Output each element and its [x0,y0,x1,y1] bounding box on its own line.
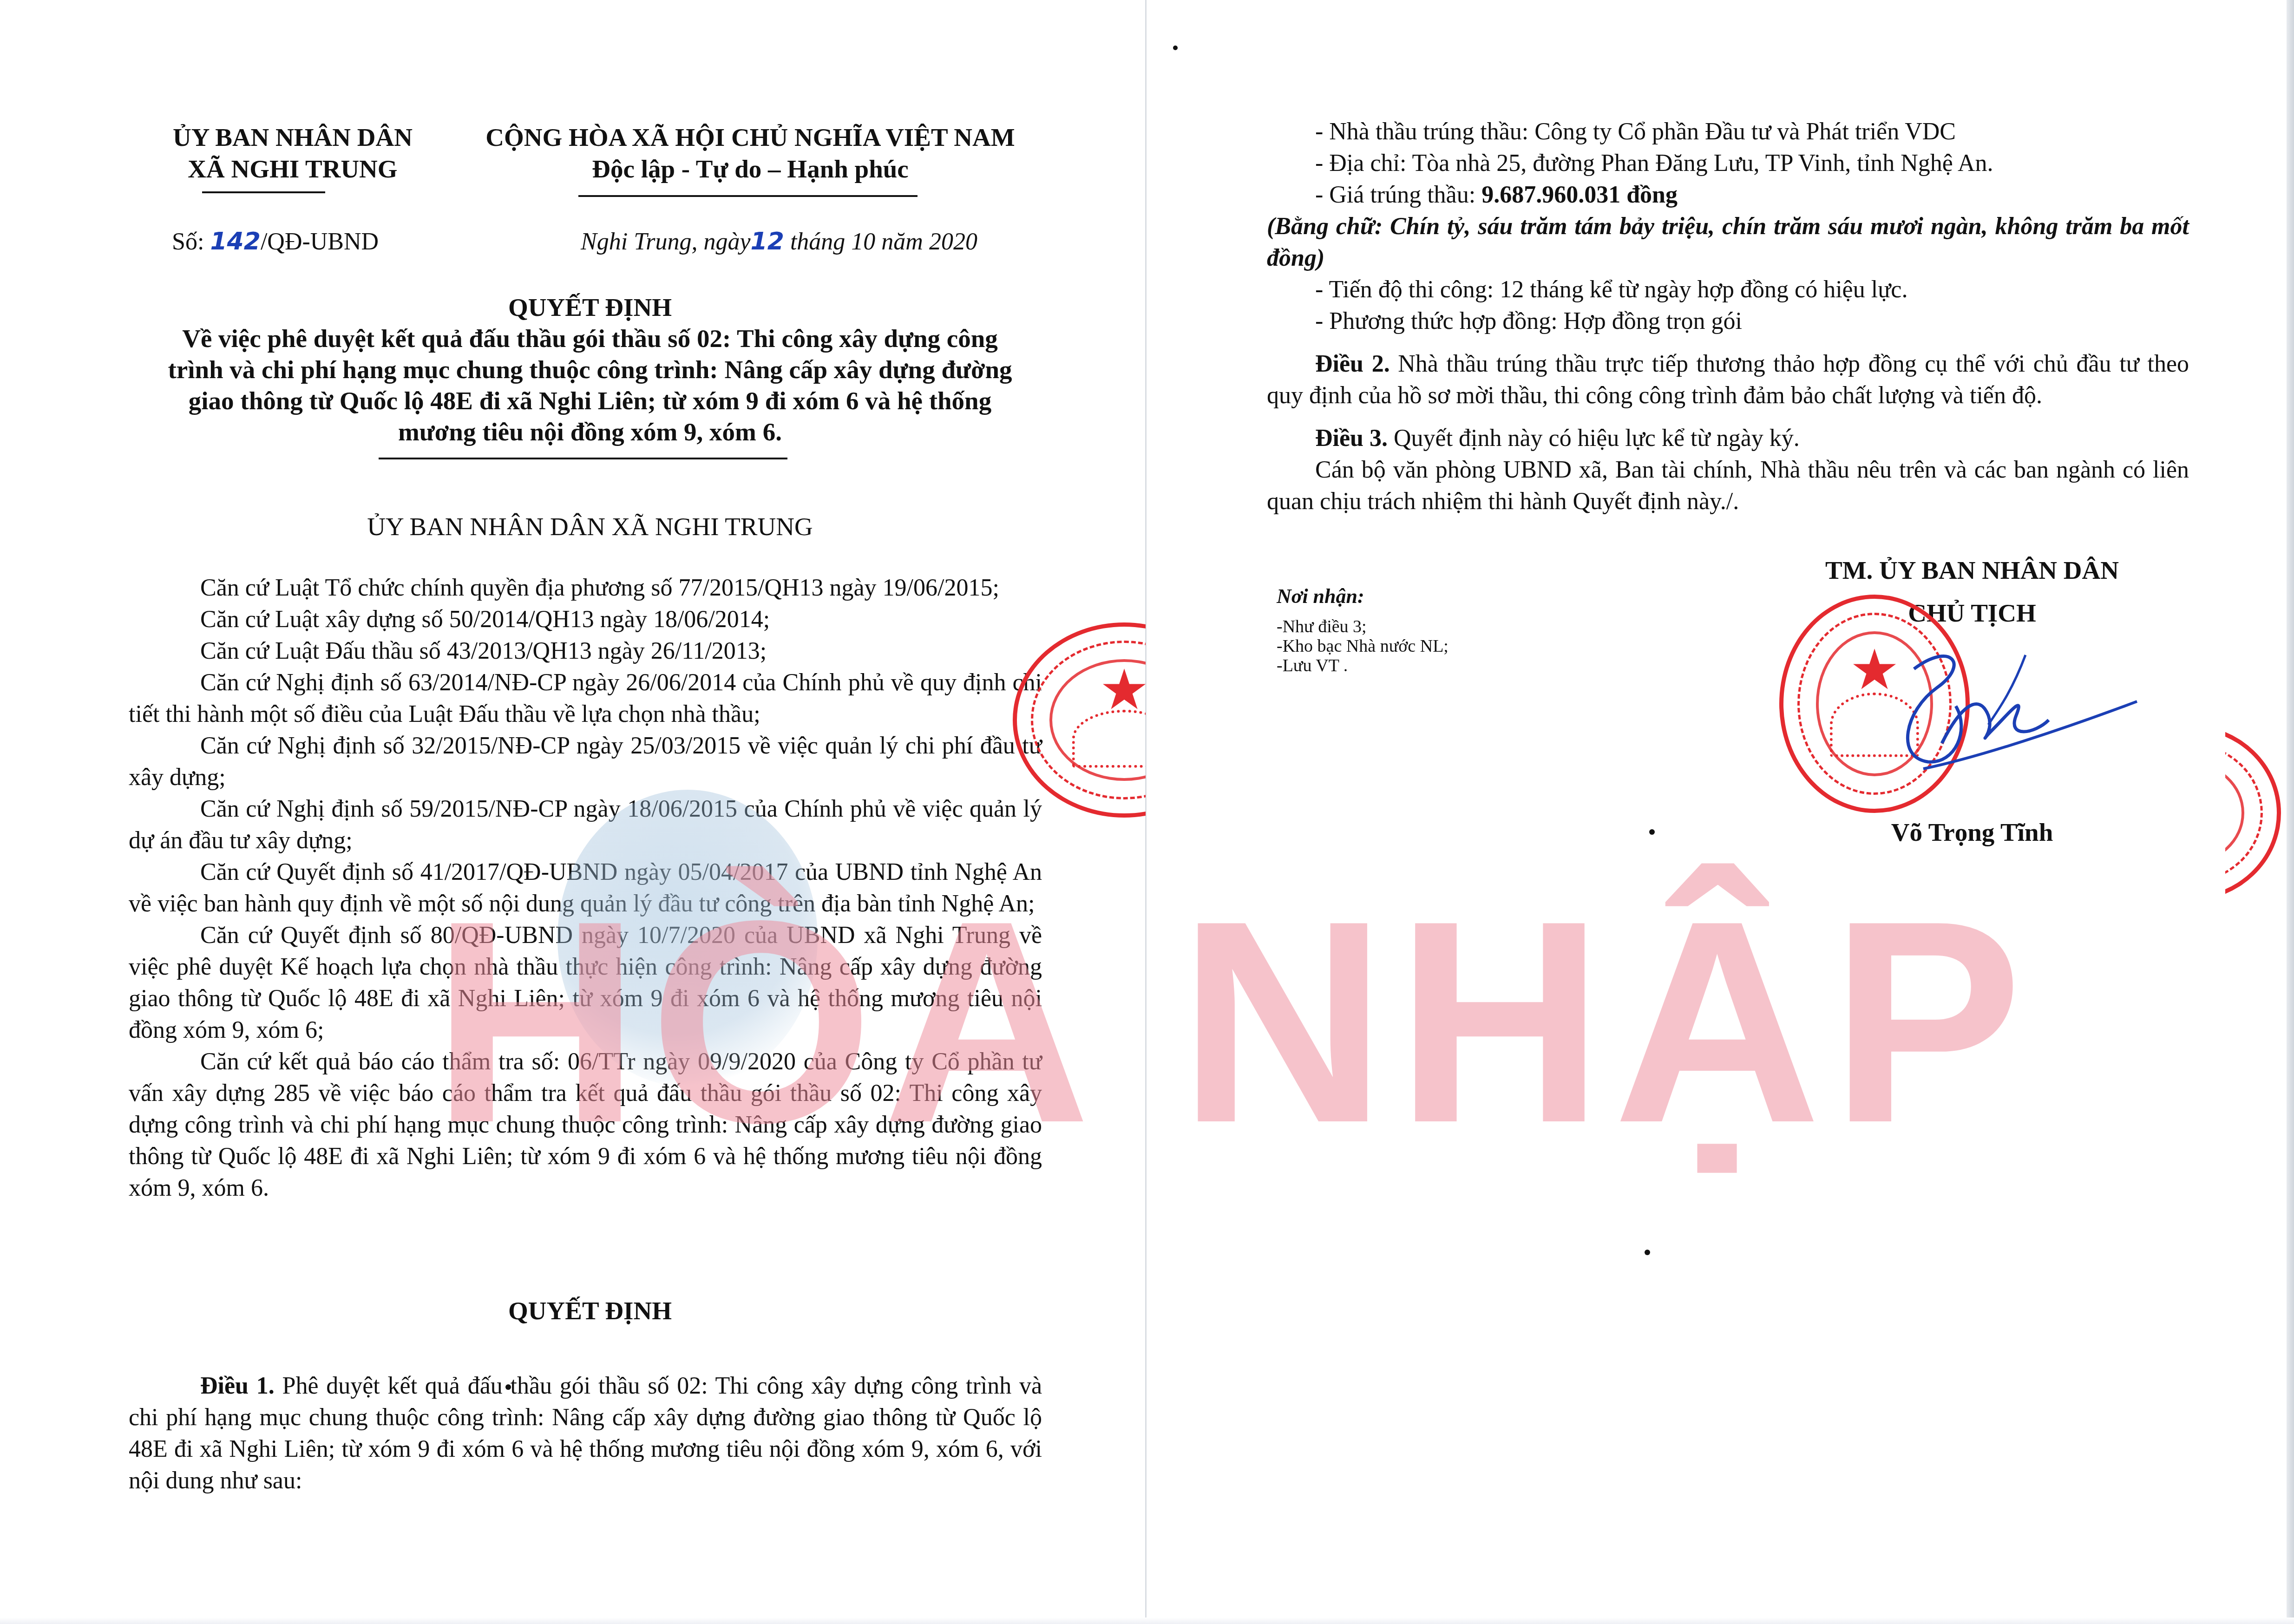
detail-schedule: - Tiến độ thi công: 12 tháng kể từ ngày … [1267,274,2189,306]
contract-details: - Nhà thầu trúng thầu: Công ty Cổ phần Đ… [1267,116,2189,517]
scan-bottom-edge [0,1617,2294,1624]
recipient-item: -Kho bạc Nhà nước NL; [1277,636,1602,656]
title-line: trình và chi phí hạng mục chung thuộc cô… [139,354,1041,385]
scan-speck [1173,46,1178,50]
detail-address: - Địa chỉ: Tòa nhà 25, đường Phan Đăng L… [1267,148,2189,179]
place-date: Nghi Trung, ngày12 tháng 10 năm 2020 [581,228,977,255]
emblem-icon [1072,710,1146,768]
legal-basis-item: Căn cứ Nghị định số 63/2014/NĐ-CP ngày 2… [129,667,1042,730]
handwritten-doc-number: 142 [210,228,261,255]
article-3-label: Điều 3. [1315,425,1388,452]
authority-heading: ỦY BAN NHÂN DÂN XÃ NGHI TRUNG [139,512,1041,541]
seal-icon [2225,725,2281,901]
handwritten-signature-icon [1886,636,2146,776]
article-3: Điều 3. Quyết định này có hiệu lực kể từ… [1267,423,2189,454]
price-in-words: (Bằng chữ: Chín tỷ, sáu trăm tám bảy tri… [1267,211,2189,274]
official-seal-partial-left: ★ [1013,622,1146,818]
article-2: Điều 2. Nhà thầu trúng thầu trực tiếp th… [1267,348,2189,412]
place-date-prefix: Nghi Trung, ngày [581,229,751,255]
article-1-label: Điều 1. [200,1373,275,1399]
legal-basis-item: Căn cứ Luật Đấu thầu số 43/2013/QH13 ngà… [129,635,1042,667]
recipients-title: Nơi nhận: [1277,586,1602,607]
article-2-label: Điều 2. [1315,351,1390,377]
star-icon: ★ [1099,662,1146,718]
title-line: mương tiêu nội đồng xóm 9, xóm 6. [139,416,1041,447]
legal-basis-item: Căn cứ Nghị định số 32/2015/NĐ-CP ngày 2… [129,730,1042,793]
watermark-globe-icon [557,790,818,1087]
article-3-text: Quyết định này có hiệu lực kể từ ngày ký… [1388,425,1800,452]
doc-number-suffix: /QĐ-UBND [261,229,379,255]
scan-speck [1649,829,1655,835]
authority-underline [202,191,325,193]
document-number: Số: 142/QĐ-UBND [172,228,379,255]
enforcement-clause: Cán bộ văn phòng UBND xã, Ban tài chính,… [1267,454,2189,517]
scan-edge [2287,0,2294,1624]
title-underline [379,458,787,459]
official-seal-partial-edge [2225,725,2286,901]
signer-name: Võ Trọng Tĩnh [1751,818,2193,847]
title-line: giao thông từ Quốc lộ 48E đi xã Nghi Liê… [139,385,1041,416]
national-header: CỘNG HÒA XÃ HỘI CHỦ NGHĨA VIỆT NAM Độc l… [460,122,1041,185]
scan-speck [1645,1250,1650,1255]
recipients: Nơi nhận: -Như điều 3; -Kho bạc Nhà nước… [1277,586,1602,675]
price-value: 9.687.960.031 đồng [1481,182,1678,208]
recipient-item: -Như điều 3; [1277,617,1602,636]
decision-heading: QUYẾT ĐỊNH [139,292,1041,323]
place-date-suffix: tháng 10 năm 2020 [784,229,977,255]
detail-price: - Giá trúng thầu: 9.687.960.031 đồng [1267,179,2189,211]
authority-line-2: XÃ NGHI TRUNG [139,153,446,185]
legal-basis-item: Căn cứ Luật xây dựng số 50/2014/QH13 ngà… [129,604,1042,635]
price-label: - Giá trúng thầu: [1315,182,1481,208]
motto-underline [578,195,918,197]
legal-basis-item: Căn cứ kết quả báo cáo thẩm tra số: 06/T… [129,1046,1042,1204]
signature-on-behalf: TM. ỦY BAN NHÂN DÂN [1751,549,2193,592]
authority-line-1: ỦY BAN NHÂN DÂN [139,122,446,153]
article-1: Điều 1. Phê duyệt kết quả đấu thầu gói t… [129,1370,1042,1497]
detail-contractor: - Nhà thầu trúng thầu: Công ty Cổ phần Đ… [1267,116,2189,148]
legal-basis-item: Căn cứ Luật Tổ chức chính quyền địa phươ… [129,572,1042,604]
decision-title: QUYẾT ĐỊNH Về việc phê duyệt kết quả đấu… [139,292,1041,447]
document-page-left: ỦY BAN NHÂN DÂN XÃ NGHI TRUNG CỘNG HÒA X… [0,0,1146,1624]
doc-number-prefix: Số: [172,229,210,255]
detail-contract-type: - Phương thức hợp đồng: Hợp đồng trọn gó… [1267,306,2189,337]
national-motto: Độc lập - Tự do – Hạnh phúc [460,153,1041,185]
recipient-item: -Lưu VT . [1277,656,1602,675]
scan-speck [505,1384,511,1390]
seal-icon: ★ [1013,622,1146,818]
handwritten-day: 12 [751,228,784,255]
issuing-authority: ỦY BAN NHÂN DÂN XÃ NGHI TRUNG [139,122,446,185]
article-2-text: Nhà thầu trúng thầu trực tiếp thương thả… [1267,351,2189,409]
title-line: Về việc phê duyệt kết quả đấu thầu gói t… [139,323,1041,354]
national-name: CỘNG HÒA XÃ HỘI CHỦ NGHĨA VIỆT NAM [460,122,1041,153]
decision-section-heading: QUYẾT ĐỊNH [139,1296,1041,1325]
